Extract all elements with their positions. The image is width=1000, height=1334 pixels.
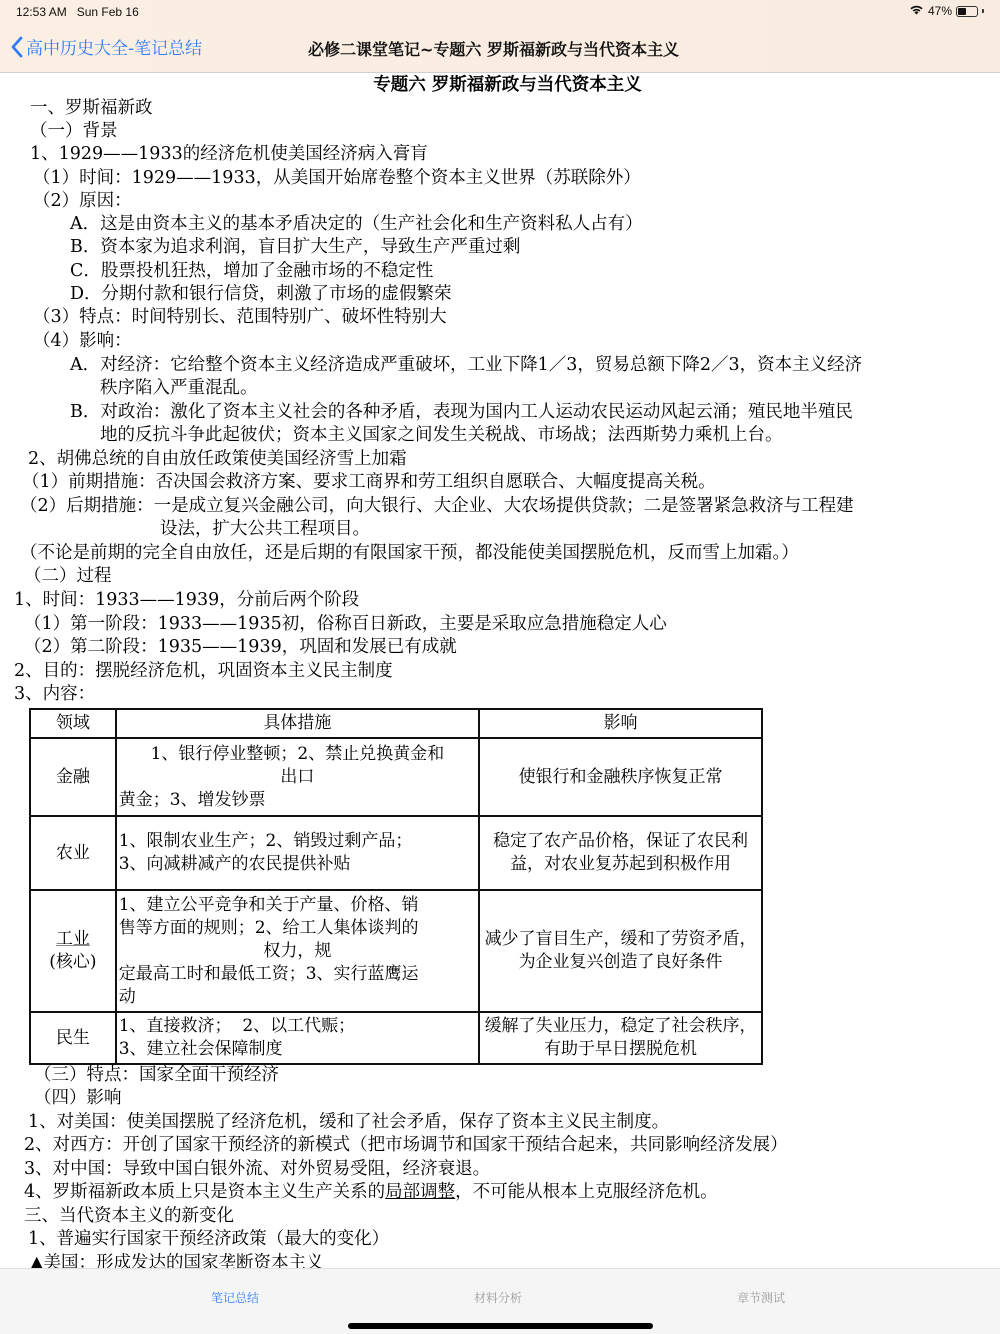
text-line: 2、胡佛总统的自由放任政策使美国经济雪上加霜 <box>28 448 407 471</box>
battery-icon <box>956 6 978 17</box>
table-row: 工业 (核心) 1、建立公平竞争和关于产量、价格、销 售等方面的规则；2、给工人… <box>30 890 762 1012</box>
back-label: 高中历史大全-笔记总结 <box>26 34 202 59</box>
measures-line: 黄金；3、增发钞票 <box>119 789 476 812</box>
text-line: （2）后期措施：一是成立复兴金融公司，向大银行、大企业、大农场提供贷款；二是签署… <box>20 495 854 518</box>
text-line: 地的反抗斗争此起彼伏；资本主义国家之间发生关税战、市场战；法西斯势力乘机上台。 <box>100 424 783 447</box>
clock: 12:53 AM <box>16 5 67 19</box>
measures-line: 1、银行停业整顿；2、禁止兑换黄金和 <box>119 743 476 766</box>
top-bar: 12:53 AM Sun Feb 16 47% 高中历史大全-笔记总结 必修二课… <box>0 0 1000 73</box>
measures-line: 定最高工时和最低工资；3、实行蓝鹰运 <box>119 963 476 986</box>
tab-material-analysis[interactable]: 材料分析 <box>474 1289 522 1306</box>
text-segment: 4、罗斯福新政本质上只是资本主义生产关系的 <box>24 1182 385 1202</box>
column-header-field: 领域 <box>30 709 116 738</box>
text-line: 设法，扩大公共工程项目。 <box>160 518 370 541</box>
bottom-tab-bar: 笔记总结 材料分析 章节测试 <box>0 1268 1000 1334</box>
measures-line: 权力，规 <box>119 940 476 963</box>
date: Sun Feb 16 <box>77 5 139 19</box>
measures-cell: 1、银行停业整顿；2、禁止兑换黄金和 出口 黄金；3、增发钞票 <box>116 738 479 816</box>
underlined-term: 局部调整 <box>385 1182 455 1202</box>
measures-line: 1、建立公平竞争和关于产量、价格、销 <box>119 894 476 917</box>
field-cell: 工业 (核心) <box>30 890 116 1012</box>
text-segment: ，不可能从根本上克服经济危机。 <box>455 1182 718 1202</box>
impact-cell: 稳定了农产品价格，保证了农民利益，对农业复苏起到积极作用 <box>479 816 762 890</box>
text-line: 3、内容： <box>14 683 95 706</box>
impact-cell: 减少了盲目生产，缓和了劳资矛盾，为企业复兴创造了良好条件 <box>479 890 762 1012</box>
table-row: 农业 1、限制农业生产；2、销毁过剩产品； 3、向减耕减产的农民提供补贴 稳定了… <box>30 816 762 890</box>
measures-line: 1、直接救济； 2、以工代赈； <box>119 1015 476 1038</box>
text-line: A．对经济：它给整个资本主义经济造成严重破坏，工业下降1／3，贸易总额下降2／3… <box>70 354 862 377</box>
measures-line: 1、限制农业生产；2、销毁过剩产品； <box>119 830 476 853</box>
measures-line: 3、建立社会保障制度 <box>119 1038 476 1061</box>
field-line: (核心) <box>31 951 115 974</box>
text-line: C．股票投机狂热，增加了金融市场的不稳定性 <box>70 260 433 283</box>
text-line: （不论是前期的完全自由放任，还是后期的有限国家干预，都没能使美国摆脱危机，反而雪… <box>20 542 799 565</box>
text-line: B．资本家为追求利润，盲目扩大生产，导致生产严重过剩 <box>70 236 520 259</box>
subsection-heading: （三）特点：国家全面干预经济 <box>34 1064 279 1087</box>
text-line: （3）特点：时间特别长、范围特别广、破坏性特别大 <box>33 306 447 329</box>
text-line: 1、对美国：使美国摆脱了经济危机，缓和了社会矛盾，保存了资本主义民主制度。 <box>28 1111 669 1134</box>
text-line: ▲美国：形成发达的国家垄断资本主义 <box>30 1252 323 1268</box>
table-row: 民生 1、直接救济； 2、以工代赈； 3、建立社会保障制度 缓解了失业压力，稳定… <box>30 1012 762 1064</box>
text-line: （2）第二阶段：1935——1939，巩固和发展已有成就 <box>24 636 457 659</box>
text-line: 2、对西方：开创了国家干预经济的新模式（把市场调节和国家干预结合起来，共同影响经… <box>24 1134 788 1157</box>
document-title: 专题六 罗斯福新政与当代资本主义 <box>0 74 1000 97</box>
measures-line: 出口 <box>119 766 476 789</box>
text-line: （1）时间：1929——1933，从美国开始席卷整个资本主义世界（苏联除外） <box>33 167 641 190</box>
measures-cell: 1、限制农业生产；2、销毁过剩产品； 3、向减耕减产的农民提供补贴 <box>116 816 479 890</box>
table-row: 金融 1、银行停业整顿；2、禁止兑换黄金和 出口 黄金；3、增发钞票 使银行和金… <box>30 738 762 816</box>
measures-line: 售等方面的规则；2、给工人集体谈判的 <box>119 917 476 940</box>
home-indicator[interactable] <box>348 1323 653 1329</box>
text-line: （1）第一阶段：1933——1935初，俗称百日新政，主要是采取应急措施稳定人心 <box>24 613 667 636</box>
text-line: 2、目的：摆脱经济危机，巩固资本主义民主制度 <box>14 660 393 683</box>
text-line: （1）前期措施：否决国会救济方案、要求工商界和劳工组织自愿联合、大幅度提高关税。 <box>22 471 716 494</box>
subsection-heading: （四）影响 <box>34 1087 122 1110</box>
subsection-heading: （一）背景 <box>30 120 118 143</box>
column-header-measures: 具体措施 <box>116 709 479 738</box>
text-line: 4、罗斯福新政本质上只是资本主义生产关系的局部调整，不可能从根本上克服经济危机。 <box>24 1181 718 1204</box>
field-cell: 农业 <box>30 816 116 890</box>
measures-cell: 1、建立公平竞争和关于产量、价格、销 售等方面的规则；2、给工人集体谈判的 权力… <box>116 890 479 1012</box>
new-deal-measures-table: 领域 具体措施 影响 金融 1、银行停业整顿；2、禁止兑换黄金和 出口 黄金；3… <box>29 708 763 1065</box>
text-line: 1、时间：1933——1939，分前后两个阶段 <box>14 589 359 612</box>
measures-line: 动 <box>119 986 476 1009</box>
document-view[interactable]: 专题六 罗斯福新政与当代资本主义 一、罗斯福新政 （一）背景 1、1929——1… <box>0 74 1000 1268</box>
impact-cell: 使银行和金融秩序恢复正常 <box>479 738 762 816</box>
text-line: （2）原因： <box>33 190 132 213</box>
text-line: 1、普遍实行国家干预经济政策（最大的变化） <box>28 1228 389 1251</box>
field-cell: 民生 <box>30 1012 116 1064</box>
wifi-icon <box>909 4 924 18</box>
tab-chapter-test[interactable]: 章节测试 <box>737 1289 785 1306</box>
section-heading: 三、当代资本主义的新变化 <box>24 1205 234 1228</box>
battery-percent: 47% <box>928 4 952 18</box>
text-line: （4）影响： <box>33 330 132 353</box>
subsection-heading: （二）过程 <box>24 565 112 588</box>
section-heading: 一、罗斯福新政 <box>30 97 153 120</box>
measures-line: 3、向减耕减产的农民提供补贴 <box>119 853 476 876</box>
field-cell: 金融 <box>30 738 116 816</box>
text-line: 3、对中国：导致中国白银外流、对外贸易受阻，经济衰退。 <box>24 1158 490 1181</box>
column-header-impact: 影响 <box>479 709 762 738</box>
nav-title: 必修二课堂笔记~专题六 罗斯福新政与当代资本主义 <box>308 37 679 60</box>
chevron-left-icon <box>10 36 23 58</box>
back-button[interactable]: 高中历史大全-笔记总结 <box>10 34 202 59</box>
status-time: 12:53 AM Sun Feb 16 <box>16 5 139 19</box>
battery-tip <box>982 9 984 13</box>
table-header-row: 领域 具体措施 影响 <box>30 709 762 738</box>
text-line: B．对政治：激化了资本主义社会的各种矛盾，表现为国内工人运动农民运动风起云涌；殖… <box>70 401 853 424</box>
field-line: 工业 <box>31 928 115 951</box>
text-line: 秩序陷入严重混乱。 <box>100 377 258 400</box>
measures-cell: 1、直接救济； 2、以工代赈； 3、建立社会保障制度 <box>116 1012 479 1064</box>
text-line: D．分期付款和银行信贷，刺激了市场的虚假繁荣 <box>70 283 452 306</box>
status-indicators: 47% <box>909 4 984 18</box>
text-line: 1、1929——1933的经济危机使美国经济病入膏肓 <box>30 143 428 166</box>
impact-cell: 缓解了失业压力，稳定了社会秩序，有助于早日摆脱危机 <box>479 1012 762 1064</box>
tab-notes-summary[interactable]: 笔记总结 <box>211 1289 259 1306</box>
text-line: A．这是由资本主义的基本矛盾决定的（生产社会化和生产资料私人占有） <box>70 213 643 236</box>
